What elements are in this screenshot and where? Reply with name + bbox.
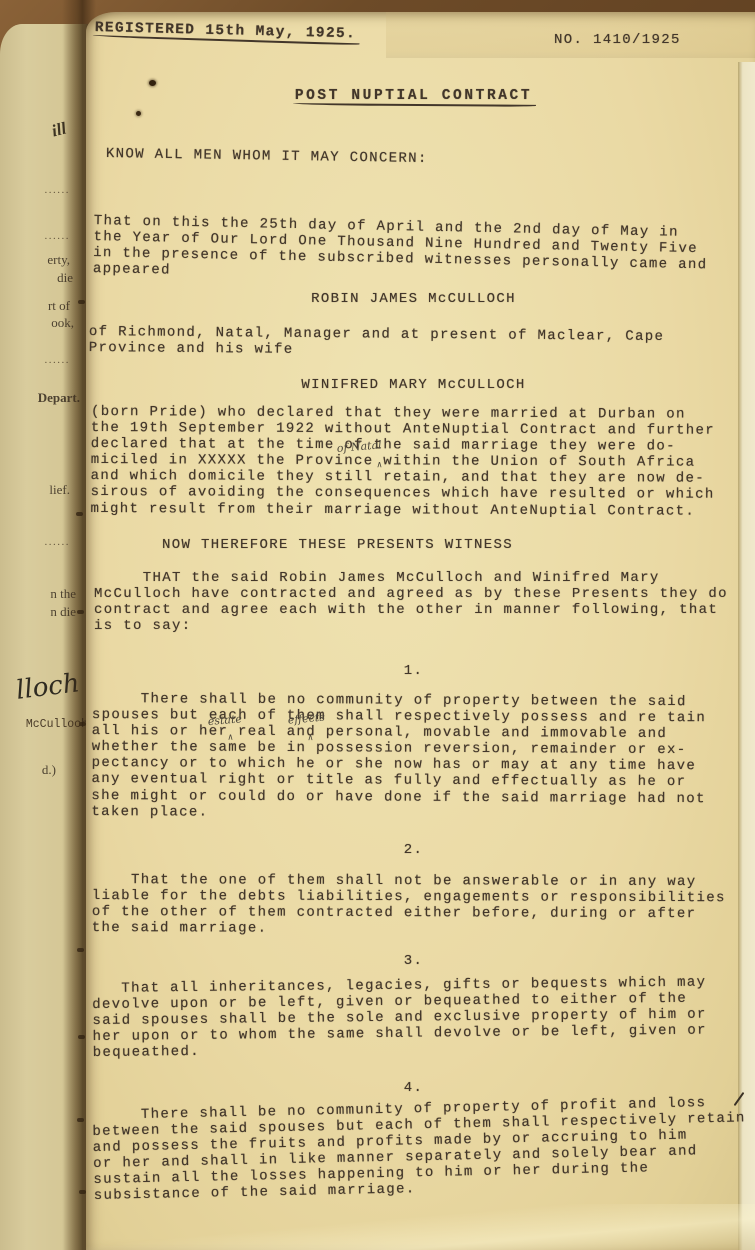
text-line: taken place.	[91, 804, 705, 823]
registered-text: REGISTERED 15th May, 1925.	[95, 20, 357, 42]
caret-mark: ∧	[377, 457, 382, 473]
clause-paragraph: That all inheritances, legacies, gifts o…	[92, 975, 707, 1062]
stitch-mark	[77, 1118, 84, 1122]
declaration-paragraph: of Natal ∧ (born Pride) who declared tha…	[91, 404, 716, 519]
clause-number: 3.	[86, 953, 741, 969]
handwritten-insertion: effects	[288, 713, 326, 726]
page-fragment: d.)	[42, 762, 56, 778]
binding-hole	[149, 80, 156, 86]
document-title: POST NUPTIAL CONTRACT	[86, 88, 741, 104]
text-line: THAT the said Robin James McCulloch and …	[94, 570, 728, 586]
salutation: KNOW ALL MEN WHOM IT MAY CONCERN:	[106, 146, 428, 167]
agreement-paragraph: THAT the said Robin James McCulloch and …	[94, 570, 728, 634]
right-page-edge	[738, 62, 755, 1250]
stitch-mark	[78, 1035, 85, 1039]
registered-stamp-line: REGISTERED 15th May, 1925.	[95, 20, 357, 42]
document-photo: ill ...... ...... erty, die rt of ook, .…	[0, 0, 755, 1250]
party-description: of Richmond, Natal, Manager and at prese…	[89, 324, 665, 361]
clause-paragraph: That the one of them shall not be answer…	[92, 872, 726, 939]
clause-number: 1.	[86, 663, 741, 679]
handwritten-insertion: estate	[207, 714, 242, 727]
text-line: McCulloch have contracted and agreed as …	[94, 586, 728, 602]
text-line: is to say:	[94, 618, 728, 634]
contract-page: REGISTERED 15th May, 1925. NO. 1410/1925…	[86, 12, 755, 1250]
stitch-mark	[78, 300, 85, 304]
document-title-text: POST NUPTIAL CONTRACT	[295, 88, 532, 104]
party-name-husband: ROBIN JAMES McCULLOCH	[86, 291, 741, 307]
stitch-mark	[76, 512, 83, 516]
stitch-mark	[79, 722, 86, 726]
stitch-mark	[79, 1190, 86, 1194]
binding-hole	[136, 111, 141, 116]
text-line: might result from their marriage without…	[91, 501, 715, 520]
clause-number: 4.	[86, 1080, 741, 1096]
party-name-wife: WINIFRED MARY McCULLOCH	[86, 377, 741, 393]
text-line: contract and agree each with the other i…	[94, 602, 728, 618]
clause-number: 2.	[86, 842, 741, 858]
caret-mark: ∧	[228, 730, 234, 746]
text-line: the said marriage.	[92, 920, 726, 938]
stitch-mark	[77, 610, 84, 614]
opening-paragraph: That on this the 25th day of April and t…	[93, 213, 709, 290]
clause-paragraph: estate ∧ effects ∧ There shall be no com…	[91, 691, 706, 823]
stitch-mark	[77, 948, 84, 952]
clause-paragraph: There shall be no community of property …	[92, 1094, 747, 1204]
now-therefore-heading: NOW THEREFORE THESE PRESENTS WITNESS	[162, 537, 513, 553]
caret-mark: ∧	[308, 730, 314, 746]
document-number: NO. 1410/1925	[554, 32, 681, 48]
